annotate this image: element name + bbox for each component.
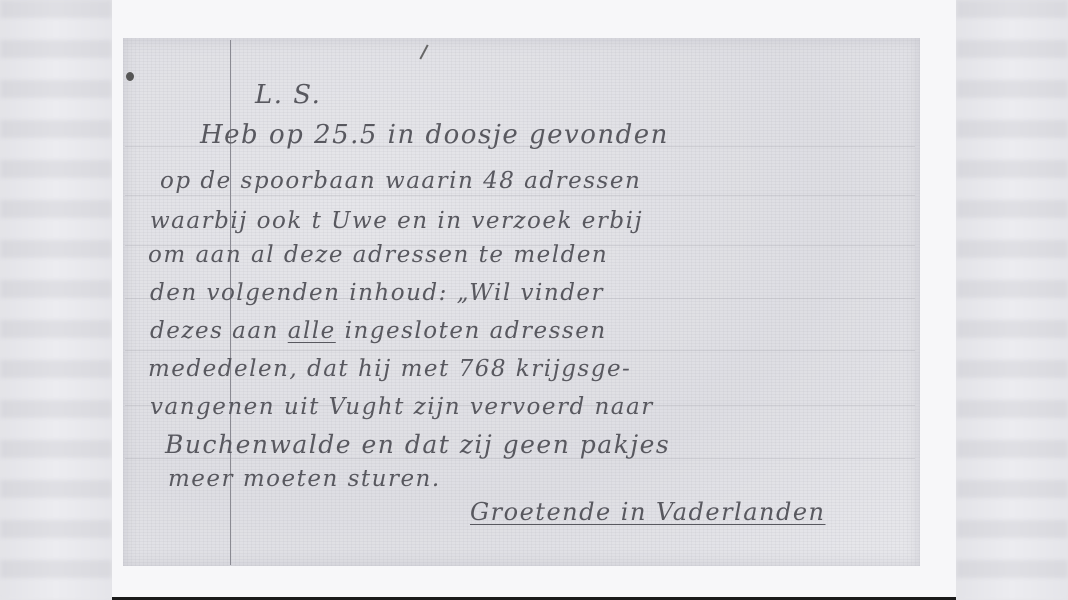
letter-line-3: waarbij ook t Uwe en in verzoek erbij: [150, 210, 643, 233]
letter-line-5: den volgenden inhoud: „Wil vinder: [150, 282, 604, 305]
text-ingesloten-adressen: ingesloten adressen: [336, 318, 607, 344]
letter-line-1: Heb op 25.5 in doosje gevonden: [200, 122, 669, 148]
letter-salutation: L. S.: [255, 82, 321, 108]
ruled-line: [125, 350, 915, 351]
blurred-background-right: [956, 0, 1068, 600]
letter-line-7: mededelen, dat hij met 768 krijgsge-: [148, 358, 631, 381]
ruled-line: [125, 195, 915, 196]
text-dezes-aan: dezes aan: [150, 318, 288, 344]
letter-line-10: meer moeten sturen.: [168, 468, 441, 491]
blurred-background-left: [0, 0, 112, 600]
letter-line-2: op de spoorbaan waarin 48 adressen: [160, 170, 641, 193]
letter-line-6: dezes aan alle ingesloten adressen: [150, 320, 607, 343]
underlined-word: alle: [288, 318, 336, 344]
punch-hole-mark: [126, 72, 134, 81]
letter-line-8: vangenen uit Vught zijn vervoerd naar: [150, 396, 654, 419]
letter-line-9: Buchenwalde en dat zij geen pakjes: [165, 432, 670, 457]
letter-closing: Groetende in Vaderlanden: [470, 500, 826, 524]
letter-line-4: om aan al deze adressen te melden: [148, 244, 608, 267]
